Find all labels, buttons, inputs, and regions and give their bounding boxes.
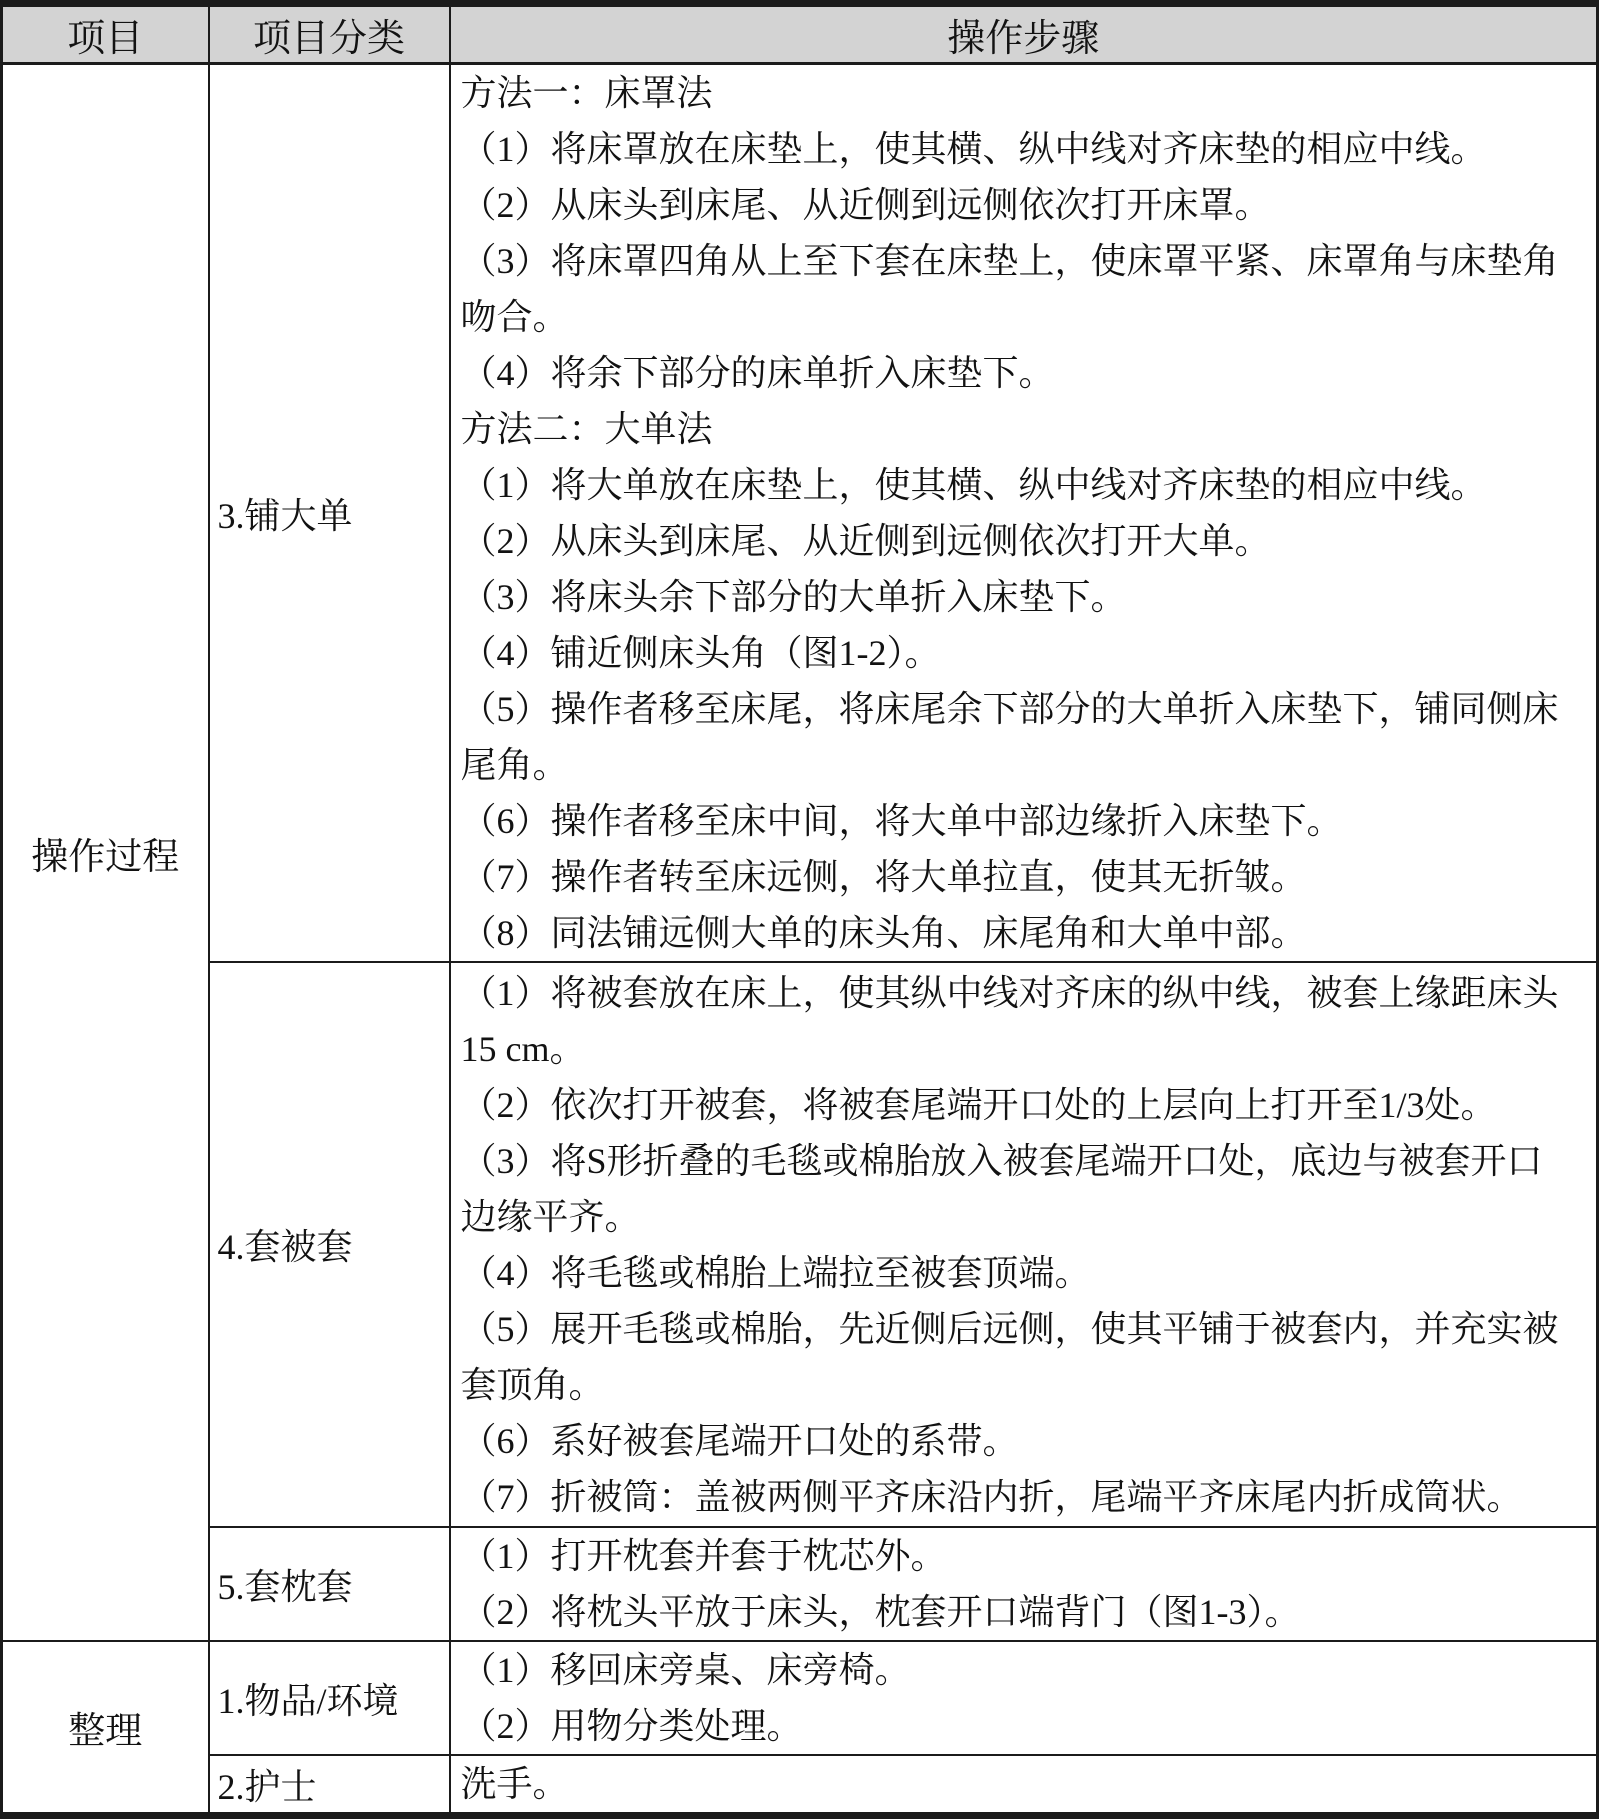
item-cell-operation-process: 操作过程 xyxy=(2,64,209,1642)
procedure-table: 项目 项目分类 操作步骤 操作过程 3.铺大单 方法一：床罩法 （1）将床罩放在… xyxy=(0,0,1599,1819)
step-line: （6）系好被套尾端开口处的系带。 xyxy=(461,1413,1561,1469)
step-line: （5）操作者移至床尾，将床尾余下部分的大单折入床垫下，铺同侧床尾角。 xyxy=(461,681,1561,793)
category-cell-nurse: 2.护士 xyxy=(209,1755,450,1816)
step-line: （8）同法铺远侧大单的床头角、床尾角和大单中部。 xyxy=(461,905,1561,961)
step-line: 方法二：大单法 xyxy=(461,401,1561,457)
category-cell-spread-sheet: 3.铺大单 xyxy=(209,64,450,963)
step-line: （2）从床头到床尾、从近侧到远侧依次打开大单。 xyxy=(461,513,1561,569)
header-item: 项目 xyxy=(2,4,209,64)
steps-cell-duvet-cover: （1）将被套放在床上，使其纵中线对齐床的纵中线，被套上缘距床头15 cm。 （2… xyxy=(450,962,1598,1527)
step-line: （1）将床罩放在床垫上，使其横、纵中线对齐床垫的相应中线。 xyxy=(461,121,1561,177)
step-line: （1）将大单放在床垫上，使其横、纵中线对齐床垫的相应中线。 xyxy=(461,457,1561,513)
header-category: 项目分类 xyxy=(209,4,450,64)
step-line: （4）将余下部分的床单折入床垫下。 xyxy=(461,345,1561,401)
step-line: （3）将床头余下部分的大单折入床垫下。 xyxy=(461,569,1561,625)
table-row-spread-sheet: 操作过程 3.铺大单 方法一：床罩法 （1）将床罩放在床垫上，使其横、纵中线对齐… xyxy=(2,64,1598,963)
header-steps: 操作步骤 xyxy=(450,4,1598,64)
step-line: （1）将被套放在床上，使其纵中线对齐床的纵中线，被套上缘距床头15 cm。 xyxy=(461,965,1561,1077)
step-line: （6）操作者移至床中间，将大单中部边缘折入床垫下。 xyxy=(461,793,1561,849)
category-cell-items-environment: 1.物品/环境 xyxy=(209,1641,450,1755)
step-line: （1）移回床旁桌、床旁椅。 xyxy=(461,1642,1561,1698)
step-line: （7）操作者转至床远侧，将大单拉直，使其无折皱。 xyxy=(461,849,1561,905)
steps-cell-spread-sheet: 方法一：床罩法 （1）将床罩放在床垫上，使其横、纵中线对齐床垫的相应中线。 （2… xyxy=(450,64,1598,963)
step-line: （2）将枕头平放于床头，枕套开口端背门（图1-3）。 xyxy=(461,1584,1561,1640)
header-row: 项目 项目分类 操作步骤 xyxy=(2,4,1598,64)
step-line: （7）折被筒：盖被两侧平齐床沿内折，尾端平齐床尾内折成筒状。 xyxy=(461,1469,1561,1525)
step-line: （2）用物分类处理。 xyxy=(461,1698,1561,1754)
steps-cell-pillowcase: （1）打开枕套并套于枕芯外。 （2）将枕头平放于床头，枕套开口端背门（图1-3）… xyxy=(450,1527,1598,1641)
step-line: （2）从床头到床尾、从近侧到远侧依次打开床罩。 xyxy=(461,177,1561,233)
category-cell-duvet-cover: 4.套被套 xyxy=(209,962,450,1527)
step-line: 方法一：床罩法 xyxy=(461,65,1561,121)
step-line: （4）铺近侧床头角（图1-2）。 xyxy=(461,625,1561,681)
step-line: （5）展开毛毯或棉胎，先近侧后远侧，使其平铺于被套内，并充实被套顶角。 xyxy=(461,1301,1561,1413)
table-row-tidy-items: 整理 1.物品/环境 （1）移回床旁桌、床旁椅。 （2）用物分类处理。 xyxy=(2,1641,1598,1755)
category-cell-pillowcase: 5.套枕套 xyxy=(209,1527,450,1641)
item-cell-tidy: 整理 xyxy=(2,1641,209,1816)
step-line: （4）将毛毯或棉胎上端拉至被套顶端。 xyxy=(461,1245,1561,1301)
step-line: （1）打开枕套并套于枕芯外。 xyxy=(461,1528,1561,1584)
table-row-duvet-cover: 4.套被套 （1）将被套放在床上，使其纵中线对齐床的纵中线，被套上缘距床头15 … xyxy=(2,962,1598,1527)
step-line: （3）将S形折叠的毛毯或棉胎放入被套尾端开口处，底边与被套开口边缘平齐。 xyxy=(461,1133,1561,1245)
steps-cell-nurse: 洗手。 xyxy=(450,1755,1598,1816)
table-header: 项目 项目分类 操作步骤 xyxy=(2,4,1598,64)
steps-cell-items-environment: （1）移回床旁桌、床旁椅。 （2）用物分类处理。 xyxy=(450,1641,1598,1755)
step-line: （2）依次打开被套，将被套尾端开口处的上层向上打开至1/3处。 xyxy=(461,1077,1561,1133)
table-row-pillowcase: 5.套枕套 （1）打开枕套并套于枕芯外。 （2）将枕头平放于床头，枕套开口端背门… xyxy=(2,1527,1598,1641)
table-row-nurse: 2.护士 洗手。 xyxy=(2,1755,1598,1816)
step-line: （3）将床罩四角从上至下套在床垫上，使床罩平紧、床罩角与床垫角吻合。 xyxy=(461,233,1561,345)
step-line: 洗手。 xyxy=(461,1756,1561,1812)
